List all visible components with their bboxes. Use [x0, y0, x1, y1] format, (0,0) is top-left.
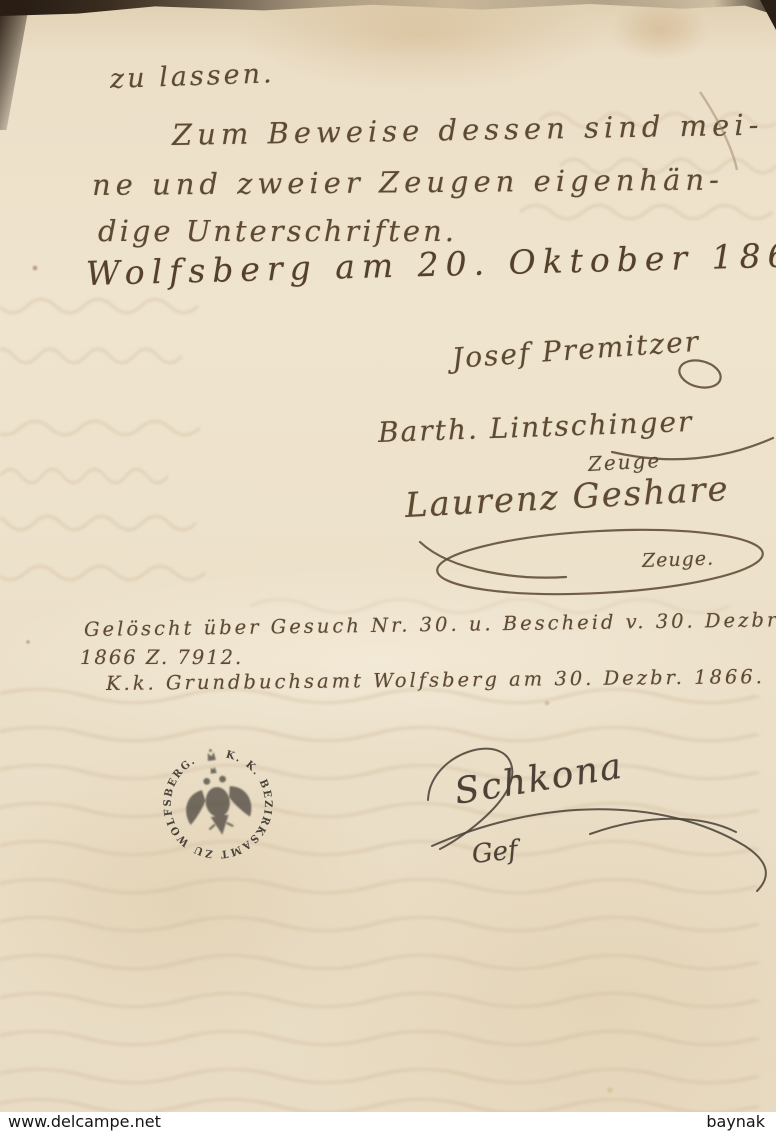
watermark-seller-text: baynak: [706, 1112, 765, 1131]
handwritten-line-3: ne und zweier Zeugen eigenhän-: [92, 162, 724, 202]
handwritten-line-4: dige Unterschriften.: [98, 214, 457, 248]
watermark-site-text: www.delcampe.net: [8, 1112, 161, 1131]
witness-label-2: Zeuge.: [642, 547, 715, 572]
registry-note-line-2: 1866 Z. 7912.: [80, 646, 243, 669]
official-signature-annotation: Gef: [470, 835, 519, 870]
watermark-band: www.delcampe.net baynak: [0, 1112, 776, 1131]
official-stamp: K. K. BEZIRKSAMT ZU WOLFSBERG.: [148, 740, 288, 868]
document-scan: zu lassen. Zum Beweise dessen sind mei- …: [0, 0, 776, 1131]
witness-label-1: Zeuge: [587, 448, 661, 476]
handwritten-line-1: zu lassen.: [109, 58, 275, 95]
